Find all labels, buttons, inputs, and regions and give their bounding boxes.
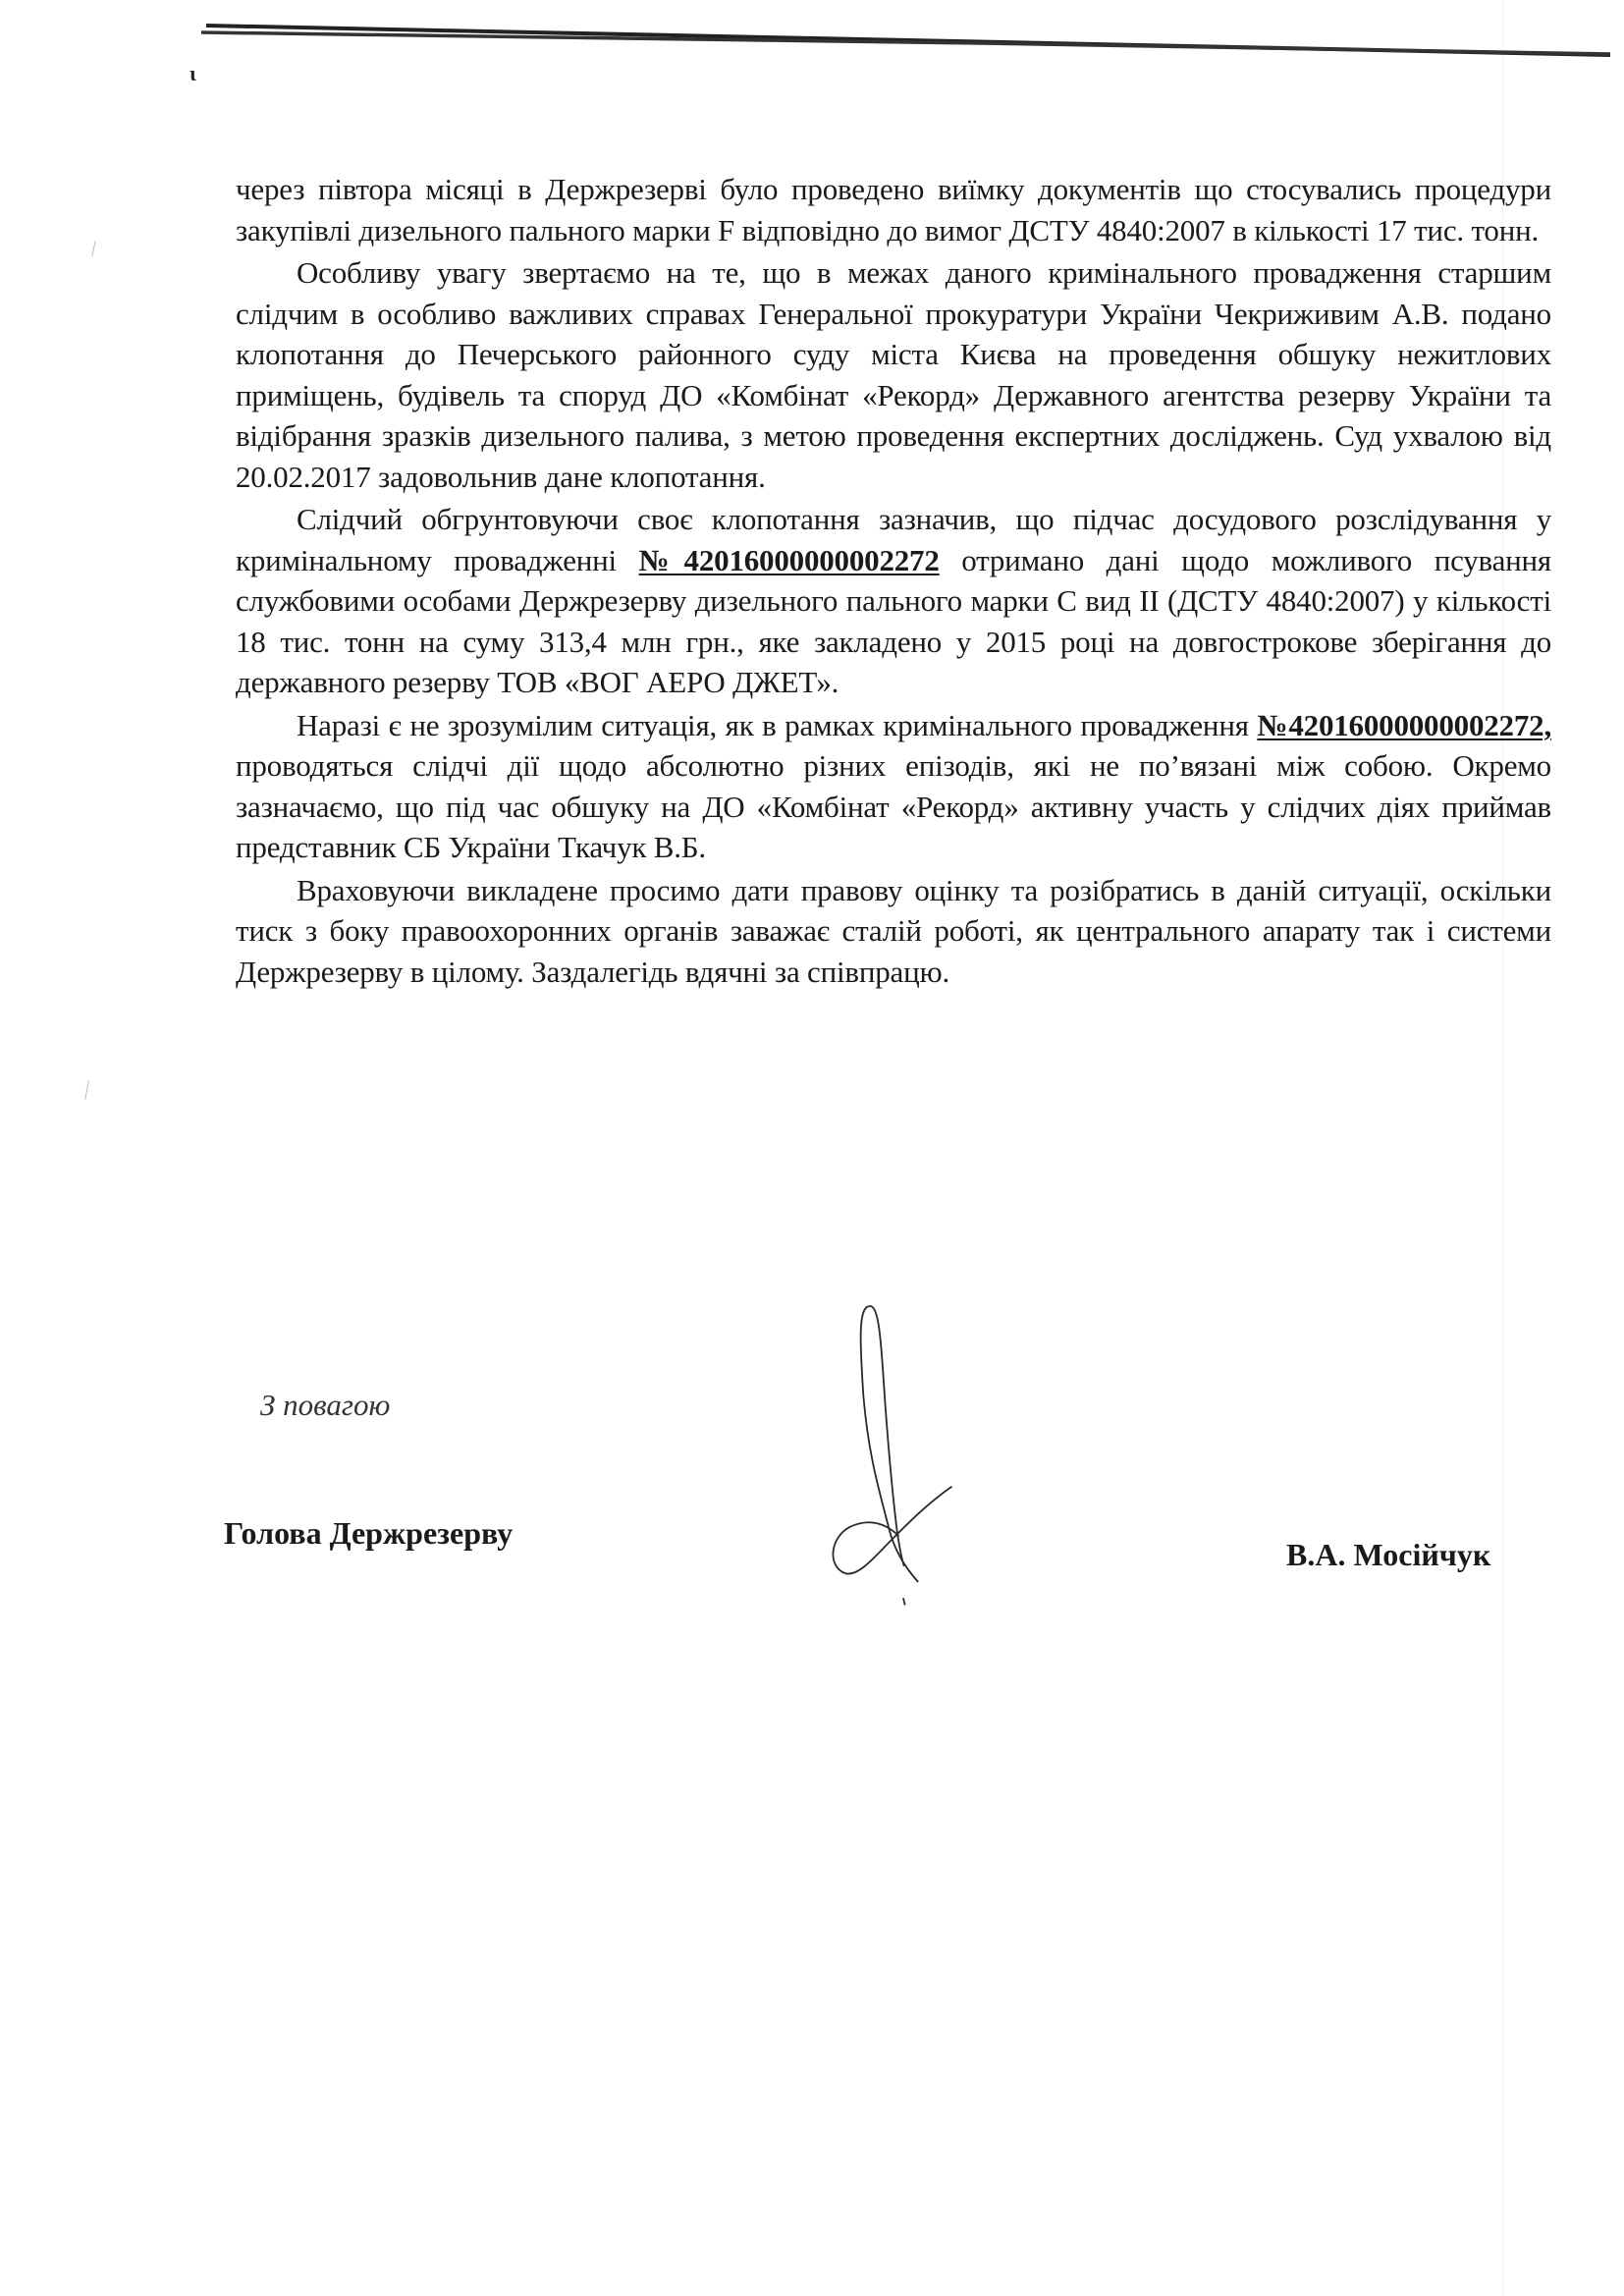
signature-icon [805,1272,982,1645]
signatory-name: В.А. Мосійчук [1286,1537,1490,1573]
scan-speck [84,1080,88,1100]
body-paragraph: Враховуючи викладене просимо дати правов… [236,870,1551,993]
closing-phrase: З повагою [260,1388,390,1423]
scan-mark: ɩ [189,61,196,86]
scan-speck [91,241,95,256]
signatory-position: Голова Держрезерву [224,1515,513,1552]
body-paragraph: Слідчий обгрунтовуючи своє клопотання за… [236,499,1551,703]
letter-body: через півтора місяці в Держрезерві було … [236,169,1551,994]
paragraph-text: через півтора місяці в Держрезерві було … [236,172,1551,247]
body-paragraph: Особливу увагу звертаємо на те, що в меж… [236,252,1551,497]
paragraph-text: Враховуючи викладене просимо дати правов… [236,873,1551,989]
scan-artifact-top-lines [0,0,1624,79]
case-number: №42016000000002272, [1257,708,1551,742]
paragraph-text: Наразі є не зрозумілим ситуація, як в ра… [297,708,1257,742]
body-paragraph: через півтора місяці в Держрезерві було … [236,169,1551,250]
body-paragraph: Наразі є не зрозумілим ситуація, як в ра… [236,705,1551,868]
case-number: №42016000000002272 [639,543,940,577]
paragraph-text: Особливу увагу звертаємо на те, що в меж… [236,255,1551,494]
paragraph-text: проводяться слідчі дії щодо абсолютно рі… [236,748,1551,864]
